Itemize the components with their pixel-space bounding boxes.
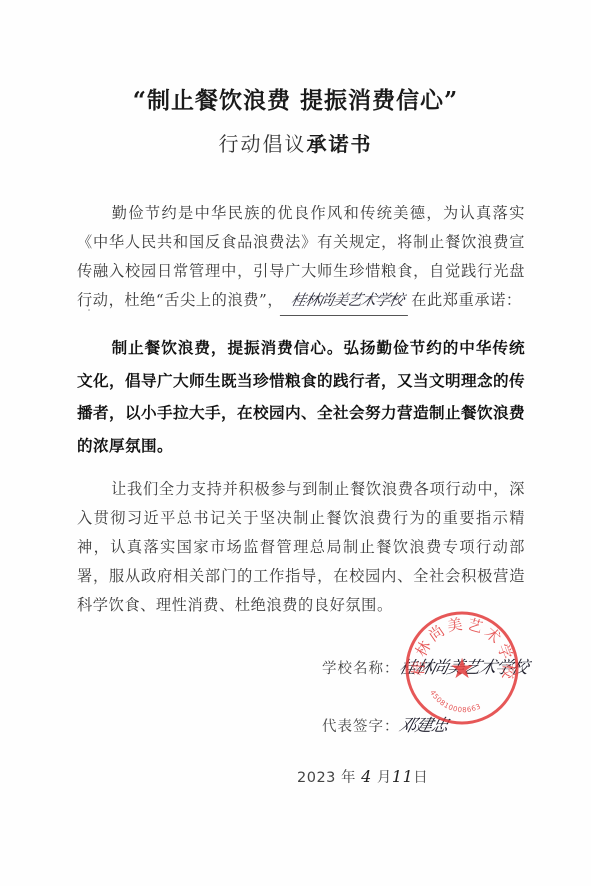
paragraph-action-text: 让我们全力支持并积极参与到制止餐饮浪费各项行动中，深入贯彻习近平总书记关于坚决制…: [77, 480, 525, 614]
subtitle-regular: 行动倡议: [219, 132, 307, 156]
school-name-label: 学校名称：: [322, 661, 400, 677]
subtitle-bold: 承诺书: [307, 132, 373, 156]
representative-row: 代表签字：邓建忠: [322, 711, 448, 736]
paragraph-pledge: 制止餐饮浪费，提振消费信心。弘扬勤俭节约的中华传统文化，倡导广大师生既当珍惜粮食…: [77, 332, 525, 462]
document-page: “制止餐饮浪费 提振消费信心” 行动倡议承诺书 勤俭节约是中华民族的优良作风和传…: [0, 0, 591, 886]
date-year: 2023: [297, 770, 336, 786]
document-subtitle: 行动倡议承诺书: [0, 128, 591, 157]
paragraph-pledge-text: 制止餐饮浪费，提振消费信心。弘扬勤俭节约的中华传统文化，倡导广大师生既当珍惜粮食…: [77, 339, 525, 455]
handwritten-school-name: 桂林尚美艺术学校: [280, 286, 414, 316]
paragraph-intro-tail: 在此郑重承诺：: [411, 291, 522, 309]
representative-label: 代表签字：: [322, 719, 400, 735]
paragraph-intro: 勤俭节约是中华民族的优良作风和传统美德，为认真落实《中华人民共和国反食品浪费法》…: [77, 199, 525, 316]
date-day: 11: [392, 767, 413, 786]
document-title: “制止餐饮浪费 提振消费信心”: [0, 82, 591, 115]
date-year-unit: 年: [341, 770, 356, 786]
date-day-unit: 日: [413, 770, 428, 786]
date-row: 2023 年 4 月11日: [297, 766, 428, 787]
paragraph-action: 让我们全力支持并积极参与到制止餐饮浪费各项行动中，深入贯彻习近平总书记关于坚决制…: [77, 475, 525, 620]
date-month-unit: 月: [377, 770, 392, 786]
school-name-signature: 桂林尚美艺术学校: [396, 653, 530, 678]
school-name-row: 学校名称：桂林尚美艺术学校: [322, 653, 528, 678]
scan-speck: [88, 309, 90, 311]
representative-signature: 邓建忠: [396, 711, 450, 736]
date-month: 4: [361, 767, 372, 786]
